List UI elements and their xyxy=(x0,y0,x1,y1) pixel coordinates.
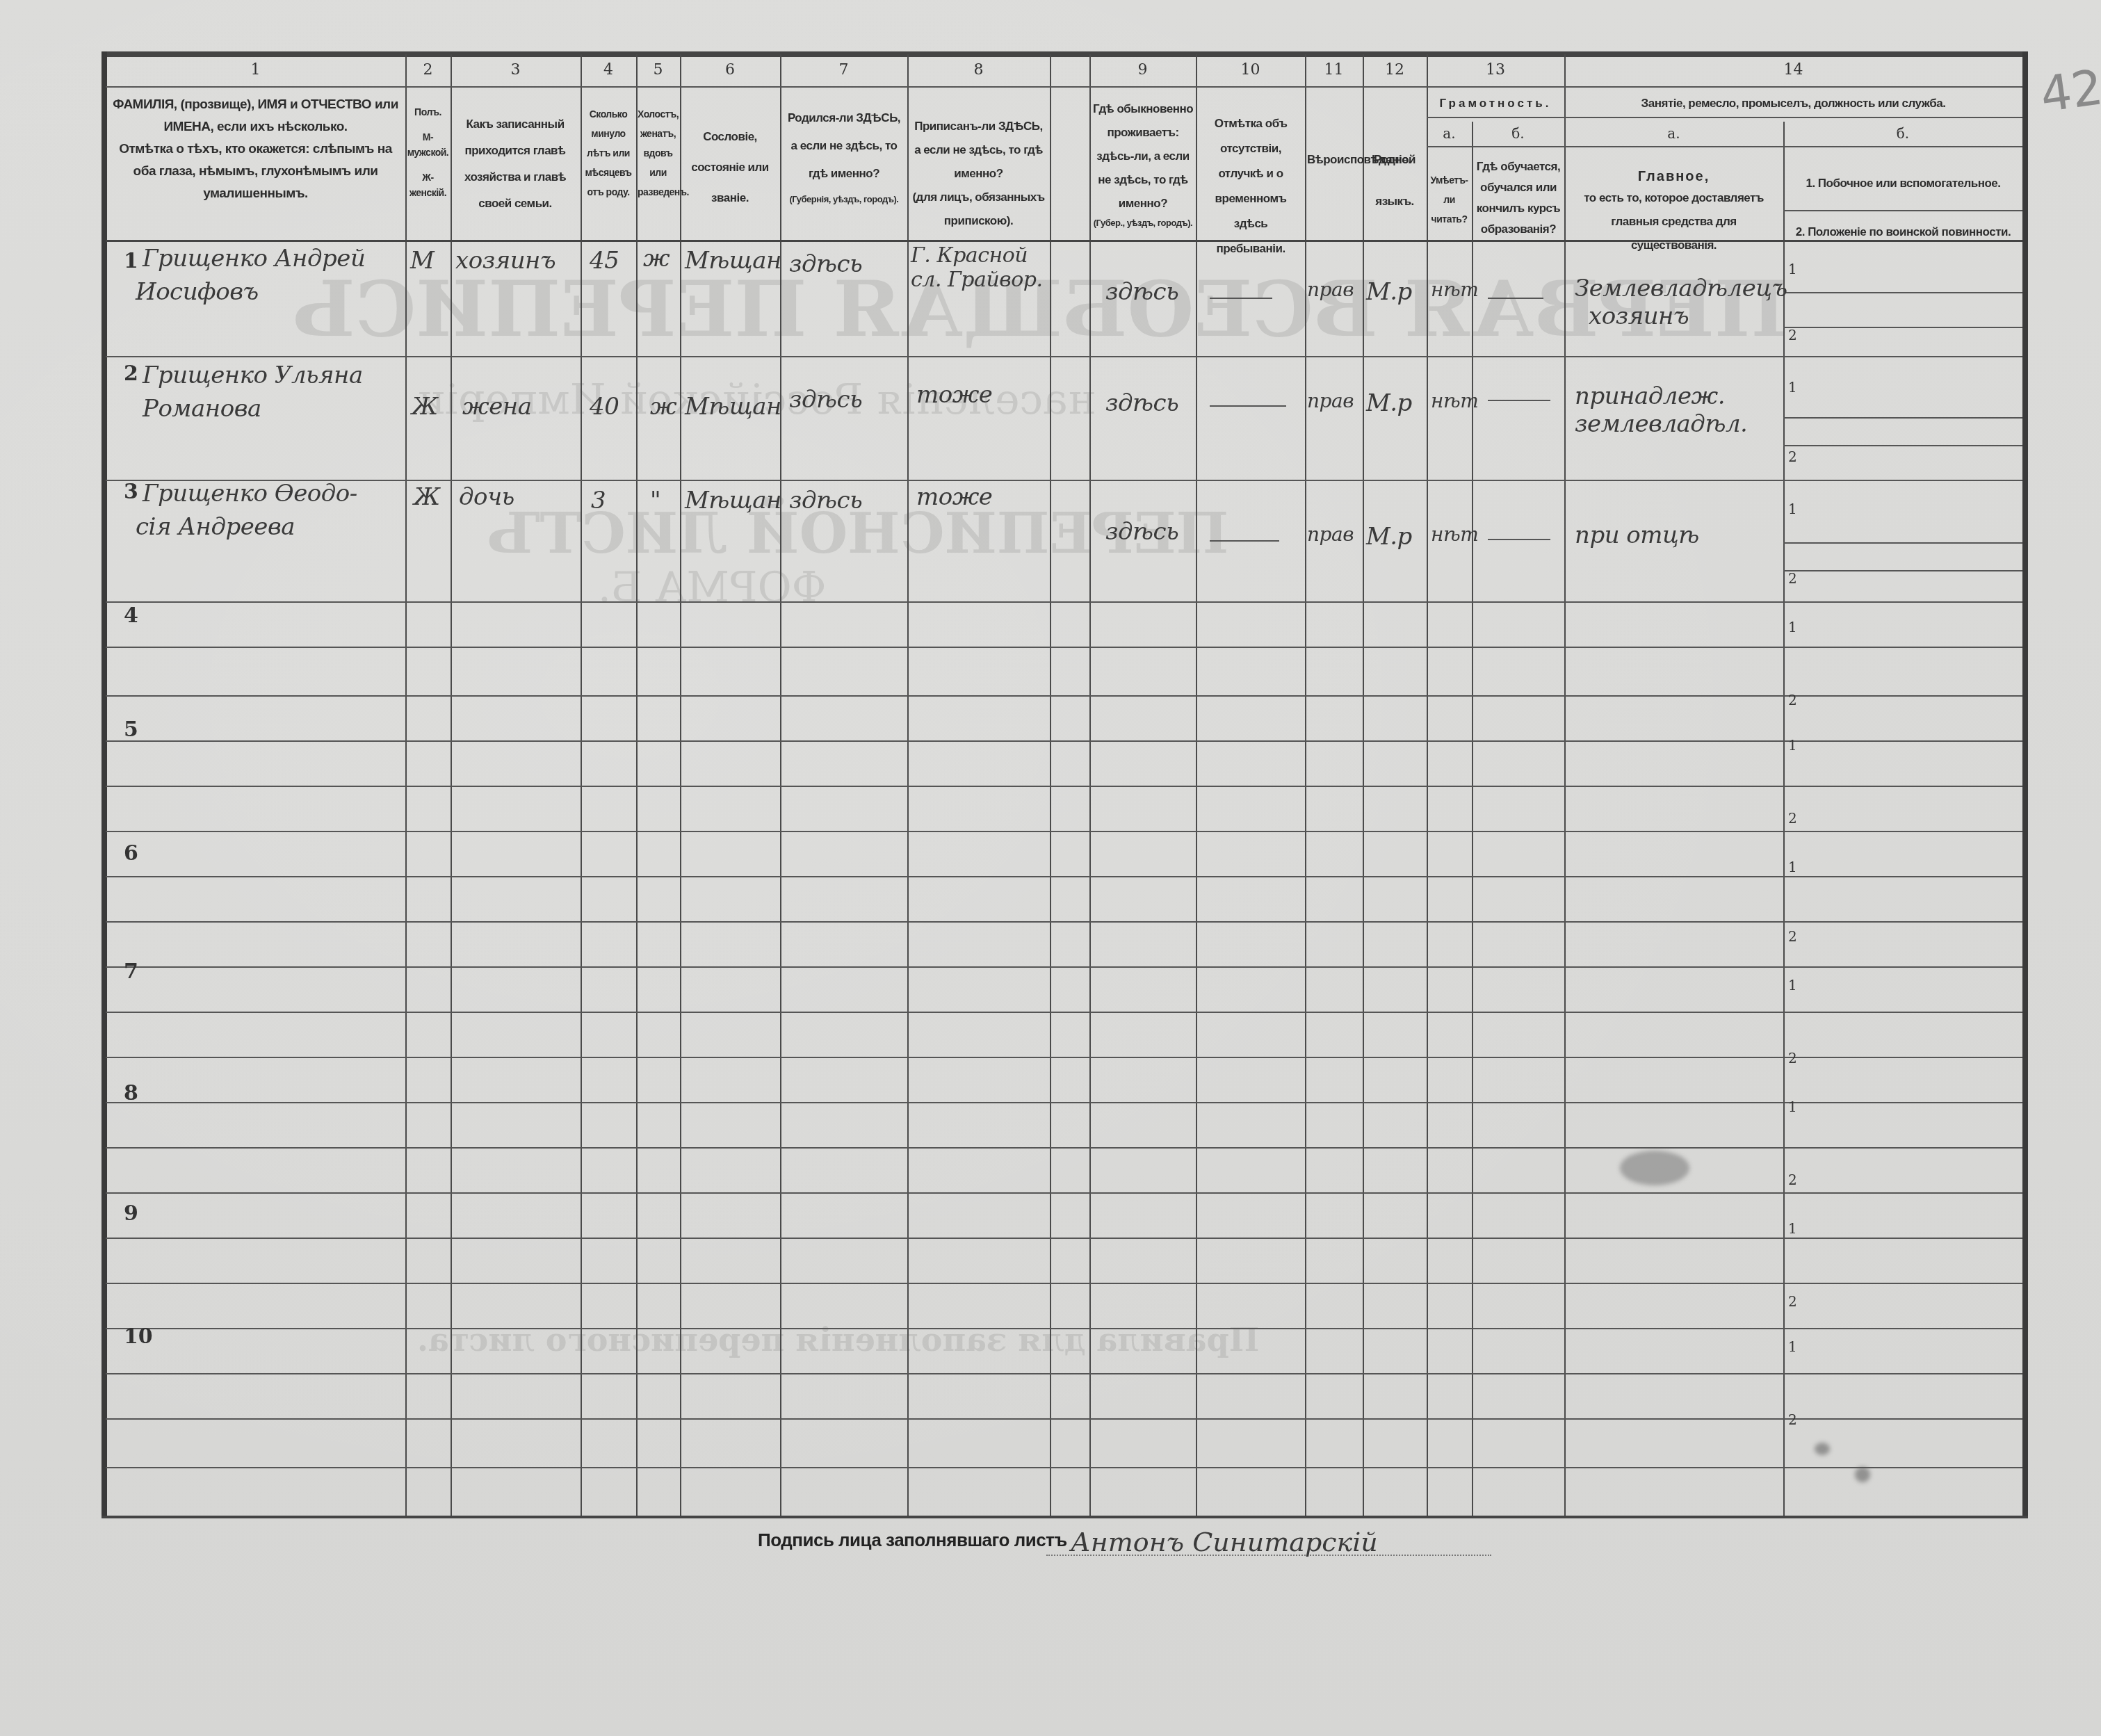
archive-page-number: 42 xyxy=(2037,58,2101,124)
entry-age[interactable]: 40 xyxy=(590,393,619,421)
column-rule xyxy=(1783,122,1785,1518)
secondary-occupation-marker: 1 xyxy=(1788,1098,1797,1115)
secondary-occupation-marker: 1 xyxy=(1788,619,1797,635)
entry-sex[interactable]: Ж xyxy=(412,393,438,421)
column-number: 2 xyxy=(405,61,451,79)
header-sex: Полъ. М-мужской. Ж-женскій. xyxy=(407,104,449,200)
military-subrule xyxy=(1783,327,2022,328)
row-number: 4 xyxy=(124,603,138,628)
column-number: 11 xyxy=(1305,61,1363,79)
row-rule xyxy=(106,1373,2022,1374)
secondary-occupation-marker: 1 xyxy=(1788,1220,1797,1237)
subheader-rule xyxy=(1427,117,2022,118)
entry-marital[interactable]: " xyxy=(650,487,660,514)
header-occupation-main-title: Главное, xyxy=(1568,167,1780,186)
entry-occupation[interactable]: принадлеж. землевладѣл. xyxy=(1575,382,1747,438)
row-rule xyxy=(106,786,2022,787)
row-number: 7 xyxy=(124,959,138,984)
header-occupation-b: б. xyxy=(1783,125,2022,142)
header-estate: Сословіе, состояніе или званіе. xyxy=(685,122,775,213)
row-rule xyxy=(106,1102,2022,1103)
entry-residence[interactable]: здѣсь xyxy=(1105,518,1178,546)
entry-occupation-line2: хозяинъ xyxy=(1589,302,1787,330)
row-rule xyxy=(106,966,2022,968)
row-number: 1 xyxy=(124,249,138,273)
row-rule xyxy=(106,601,2022,603)
entry-marital[interactable]: ж xyxy=(643,245,670,273)
column-number: 14 xyxy=(1564,61,2022,79)
row-rule xyxy=(106,1012,2022,1013)
entry-estate[interactable]: Мѣщан xyxy=(685,487,781,514)
column-number: 5 xyxy=(636,61,680,79)
entry-education-dash xyxy=(1488,298,1543,299)
row-number: 9 xyxy=(124,1201,138,1226)
entry-name-line1: Грищенко Ульяна xyxy=(143,362,363,389)
entry-literate[interactable]: нѣт xyxy=(1431,278,1478,301)
entry-name-line1: Грищенко Андрей xyxy=(143,245,365,273)
secondary-occupation-marker: 1 xyxy=(1788,859,1797,875)
header-absence: Отмѣтка объ отсутствіи, отлучкѣ и о врем… xyxy=(1198,111,1304,261)
header-occupation-a: а. xyxy=(1564,125,1783,142)
military-subrule xyxy=(1783,417,2022,419)
entry-relation[interactable]: хозяинъ xyxy=(455,247,555,275)
entry-born[interactable]: здѣсь xyxy=(789,250,862,278)
row-rule xyxy=(106,1328,2022,1329)
military-subrule xyxy=(1783,570,2022,571)
entry-name[interactable]: Грищенко Андрей Иосифовъ xyxy=(143,245,365,306)
entry-born[interactable]: здѣсь xyxy=(789,386,862,414)
row-rule xyxy=(106,876,2022,877)
entry-registered[interactable]: тоже xyxy=(916,483,992,511)
header-registration-main: Приписанъ-ли ЗДѢСЬ, а если не здѣсь, то … xyxy=(911,115,1046,186)
entry-registered-line1: Г. Красной xyxy=(911,243,1043,268)
secondary-occupation-marker: 1 xyxy=(1788,501,1797,517)
row-number: 3 xyxy=(124,480,138,504)
header-occupation: Занятіе, ремесло, промыселъ, должность и… xyxy=(1566,94,2021,113)
entry-age[interactable]: 45 xyxy=(590,247,619,275)
header-occupation-main: Главное, то есть то, которое доставляетъ… xyxy=(1568,167,1780,257)
row-number: 6 xyxy=(124,841,138,866)
entry-registered[interactable]: Г. Красной сл. Грайвор. xyxy=(911,243,1043,292)
military-status-marker: 2 xyxy=(1788,1411,1797,1428)
header-occupation-main-note: то есть то, которое доставляетъ главныя … xyxy=(1568,186,1780,257)
entry-estate[interactable]: Мѣщан xyxy=(685,393,781,421)
entry-name-line2: Романова xyxy=(143,395,363,423)
header-literacy-b: б. xyxy=(1472,125,1564,142)
entry-absence-dash xyxy=(1210,540,1279,542)
header-sex-female: Ж-женскій. xyxy=(407,170,449,200)
entry-name[interactable]: Грищенко Өеодо- сія Андреева xyxy=(143,480,357,541)
header-birthplace-note: (Губернія, уѣздъ, городъ). xyxy=(784,192,904,207)
header-can-read: Умѣетъ-ли читать? xyxy=(1428,170,1470,229)
entry-sex[interactable]: Ж xyxy=(414,483,440,511)
military-status-marker: 2 xyxy=(1788,810,1797,827)
entry-education-dash xyxy=(1488,400,1550,401)
military-subrule xyxy=(1783,292,2022,293)
row-rule xyxy=(106,695,2022,697)
military-status-marker: 2 xyxy=(1788,448,1797,465)
military-status-marker: 2 xyxy=(1788,1171,1797,1188)
column-rule xyxy=(1472,122,1473,1518)
entry-registered[interactable]: тоже xyxy=(916,381,992,409)
column-number: 7 xyxy=(780,61,907,79)
header-literacy: Грамотность. xyxy=(1427,94,1564,113)
row-rule xyxy=(106,1283,2022,1284)
entry-education-dash xyxy=(1488,539,1550,540)
entry-language[interactable]: М.р xyxy=(1366,389,1412,417)
entry-absence-dash xyxy=(1210,298,1272,299)
entry-occupation[interactable]: Землевладѣлецъ хозяинъ xyxy=(1575,275,1787,330)
header-education: Гдѣ обучается, обучался или кончилъ курс… xyxy=(1475,156,1561,240)
header-age: Сколько минуло лѣтъ или мѣсяцевъ отъ род… xyxy=(582,104,635,202)
signature-label: Подпись лица заполнявшаго листъ xyxy=(758,1530,1067,1551)
entry-religion[interactable]: прав xyxy=(1307,523,1354,546)
header-sex-title: Полъ. xyxy=(407,104,449,120)
entry-registered-line1: тоже xyxy=(916,483,992,511)
entry-language[interactable]: М.р xyxy=(1366,278,1412,306)
column-number: 12 xyxy=(1363,61,1427,79)
ink-stain xyxy=(1815,1443,1830,1455)
entry-estate[interactable]: Мѣщан xyxy=(685,247,781,275)
column-number: 10 xyxy=(1196,61,1305,79)
military-subrule xyxy=(1783,542,2022,544)
table-frame-left xyxy=(102,51,107,1518)
header-sex-male: М-мужской. xyxy=(407,129,449,160)
column-number: 1 xyxy=(106,61,405,79)
row-rule xyxy=(106,1238,2022,1239)
header-birthplace-main: Родился-ли ЗДѢСЬ, а если не здѣсь, то гд… xyxy=(784,104,904,188)
row-number: 10 xyxy=(124,1324,153,1349)
entry-occupation-line1: Землевладѣлецъ xyxy=(1575,275,1787,302)
ink-stain xyxy=(1855,1467,1870,1482)
entry-age[interactable]: 3 xyxy=(591,487,606,514)
entry-residence[interactable]: здѣсь xyxy=(1105,278,1178,306)
signature-field[interactable]: Антонъ Синитарскій xyxy=(1071,1527,1378,1557)
entry-occupation-line1: при отцѣ xyxy=(1575,521,1699,549)
subheader-rule xyxy=(1783,210,2022,211)
entry-literate[interactable]: нѣт xyxy=(1431,389,1478,412)
header-registration: Приписанъ-ли ЗДѢСЬ, а если не здѣсь, то … xyxy=(911,115,1046,233)
header-name-note: Отмѣтка о тѣхъ, кто окажется: слѣпымъ на… xyxy=(111,138,400,205)
entry-name-line2: сія Андреева xyxy=(136,513,357,541)
table-frame-right xyxy=(2022,51,2028,1518)
entry-language[interactable]: М.р xyxy=(1366,523,1412,551)
secondary-occupation-marker: 1 xyxy=(1788,1338,1797,1355)
row-rule xyxy=(106,921,2022,923)
column-number: 8 xyxy=(907,61,1050,79)
row-rule xyxy=(106,480,2022,481)
subheader-rule xyxy=(1427,146,2022,147)
header-relation: Какъ записанный приходится главѣ хозяйст… xyxy=(455,111,575,217)
entry-name-line1: Грищенко Өеодо- xyxy=(143,480,357,508)
secondary-occupation-marker: 1 xyxy=(1788,737,1797,754)
entry-residence[interactable]: здѣсь xyxy=(1105,389,1178,417)
header-residence-main: Гдѣ обыкновенно проживаетъ: здѣсь-ли, а … xyxy=(1092,97,1194,216)
header-name: ФАМИЛІЯ, (прозвище), ИМЯ и ОТЧЕСТВО или … xyxy=(111,94,400,205)
row-rule xyxy=(106,1418,2022,1420)
military-status-marker: 2 xyxy=(1788,692,1797,708)
entry-marital[interactable]: ж xyxy=(650,393,676,421)
header-literacy-a: а. xyxy=(1427,125,1472,142)
entry-born[interactable]: здѣсь xyxy=(789,487,862,514)
entry-registered-line1: тоже xyxy=(916,381,992,409)
row-rule xyxy=(106,1147,2022,1149)
secondary-occupation-marker: 1 xyxy=(1788,261,1797,277)
entry-occupation-line1: принадлеж. xyxy=(1575,382,1747,410)
entry-name[interactable]: Грищенко Ульяна Романова xyxy=(143,362,363,423)
column-number: 9 xyxy=(1089,61,1196,79)
entry-name-line2: Иосифовъ xyxy=(136,278,365,306)
header-registration-note: (для лицъ, обязанныхъ припискою). xyxy=(911,186,1046,233)
military-status-marker: 2 xyxy=(1788,327,1797,343)
entry-occupation-line2: землевладѣл. xyxy=(1575,410,1747,438)
row-rule xyxy=(106,647,2022,648)
header-language: Родной языкъ. xyxy=(1365,139,1425,222)
row-rule xyxy=(106,1192,2022,1194)
military-subrule xyxy=(1783,445,2022,446)
column-number: 3 xyxy=(451,61,581,79)
header-religion: Вѣроисповѣданіе. xyxy=(1307,139,1361,181)
header-residence-note: (Губер., уѣздъ, городъ). xyxy=(1092,216,1194,231)
header-name-main: ФАМИЛІЯ, (прозвище), ИМЯ и ОТЧЕСТВО или … xyxy=(111,94,400,138)
entry-relation[interactable]: жена xyxy=(462,393,531,421)
row-number: 2 xyxy=(124,362,138,386)
entry-absence-dash xyxy=(1210,405,1286,407)
entry-relation[interactable]: дочь xyxy=(459,483,514,511)
military-status-marker: 2 xyxy=(1788,1293,1797,1310)
row-number: 8 xyxy=(124,1081,138,1105)
header-residence: Гдѣ обыкновенно проживаетъ: здѣсь-ли, а … xyxy=(1092,97,1194,231)
entry-religion[interactable]: прав xyxy=(1307,278,1354,301)
header-marital: Холостъ, женатъ, вдовъ или разведенъ. xyxy=(638,104,679,202)
header-occupation-secondary: 1. Побочное или вспомогательное. xyxy=(1787,174,2020,193)
column-number: 6 xyxy=(680,61,780,79)
entry-sex[interactable]: М xyxy=(410,247,434,275)
entry-registered-line2: сл. Грайвор. xyxy=(911,268,1043,292)
ink-stain xyxy=(1620,1151,1689,1185)
table-bottom-rule xyxy=(102,1516,2028,1518)
column-number: 13 xyxy=(1427,61,1564,79)
row-number: 5 xyxy=(124,717,138,742)
military-status-marker: 2 xyxy=(1788,1050,1797,1066)
row-rule xyxy=(106,831,2022,832)
number-row-rule xyxy=(106,86,2022,88)
row-rule xyxy=(106,740,2022,742)
header-birthplace: Родился-ли ЗДѢСЬ, а если не здѣсь, то гд… xyxy=(784,104,904,207)
entry-religion[interactable]: прав xyxy=(1307,389,1354,412)
secondary-occupation-marker: 1 xyxy=(1788,977,1797,993)
row-rule xyxy=(106,356,2022,357)
secondary-occupation-marker: 1 xyxy=(1788,379,1797,396)
row-rule xyxy=(106,1057,2022,1058)
entry-occupation[interactable]: при отцѣ xyxy=(1575,521,1699,549)
column-number: 4 xyxy=(581,61,636,79)
entry-literate[interactable]: нѣт xyxy=(1431,523,1478,546)
table-frame-top xyxy=(106,51,2028,57)
header-military-status: 2. Положеніе по воинской повинности. xyxy=(1787,222,2020,242)
military-status-marker: 2 xyxy=(1788,570,1797,587)
row-rule xyxy=(106,1467,2022,1468)
military-status-marker: 2 xyxy=(1788,928,1797,945)
